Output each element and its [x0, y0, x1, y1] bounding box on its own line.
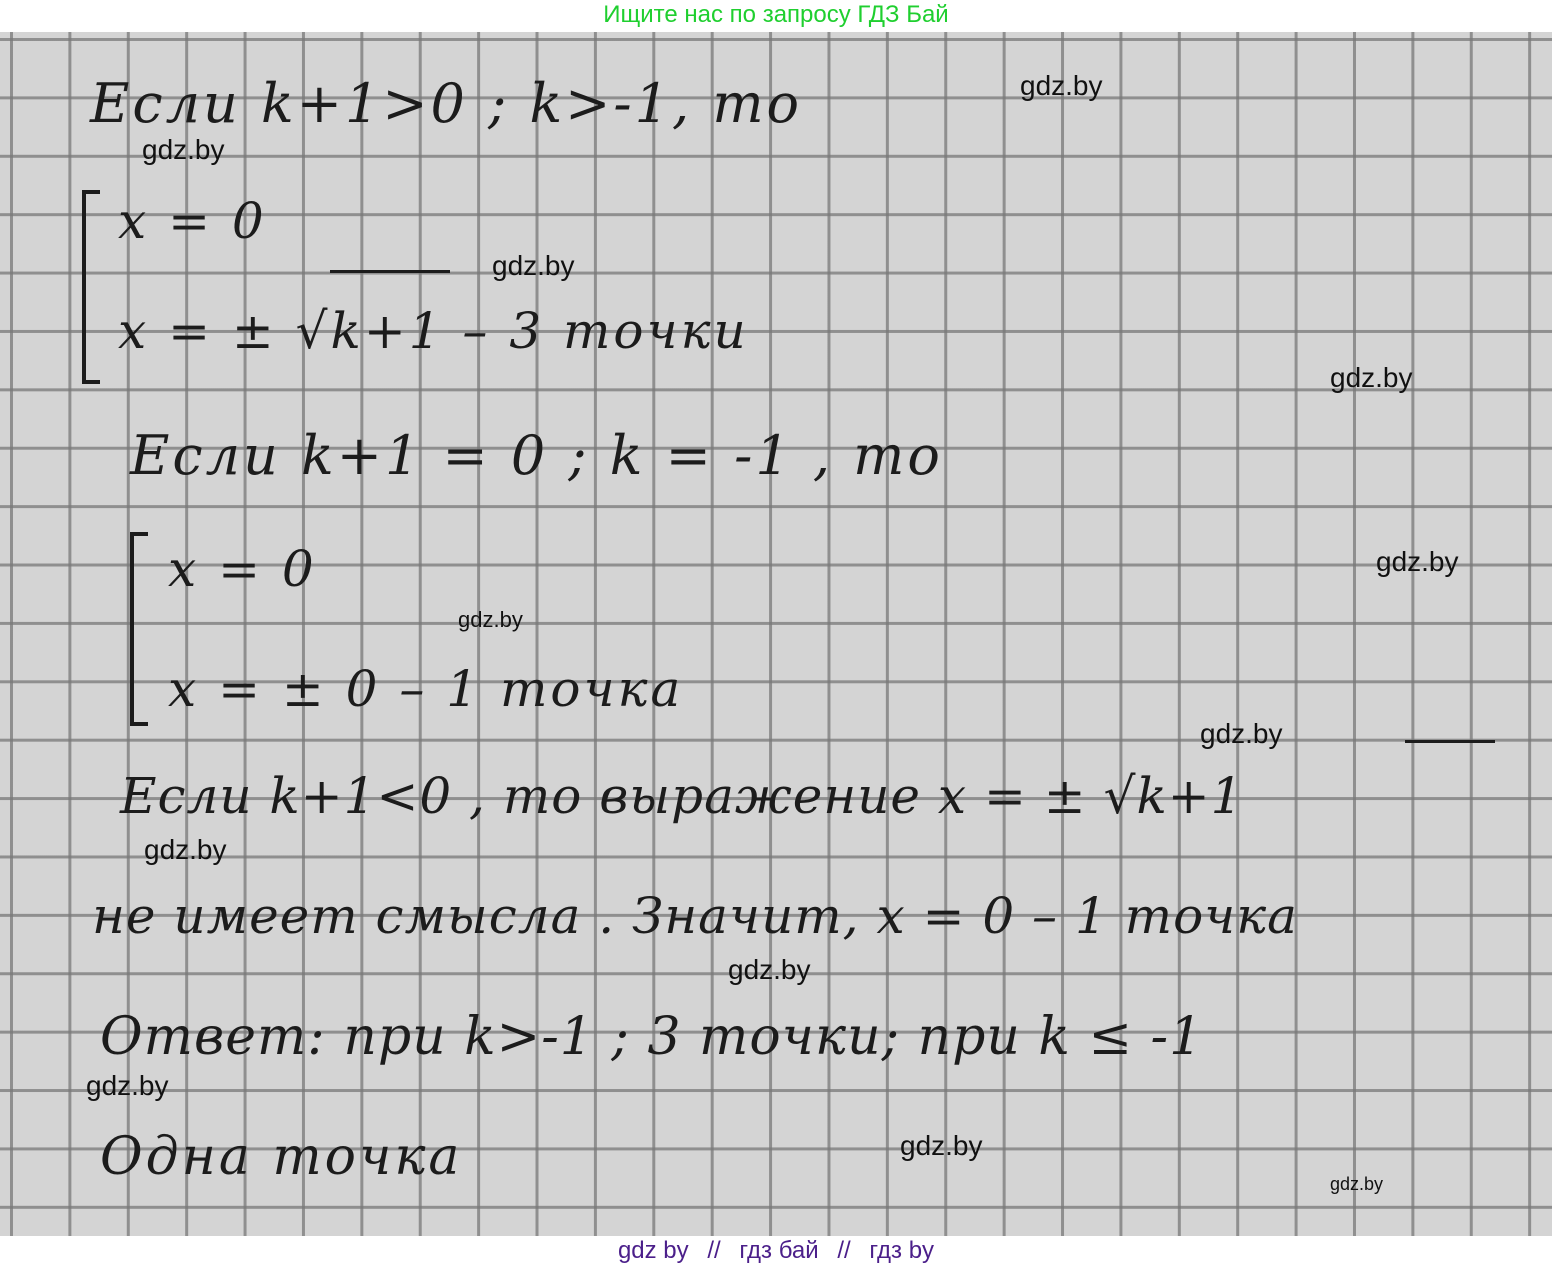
footer-separator: //	[837, 1237, 850, 1264]
case2-eq1: x = 0	[168, 540, 317, 598]
watermark: gdz.by	[1020, 70, 1103, 102]
answer-continuation: Одна точка	[100, 1127, 462, 1187]
case3-conclusion: не имеет смысла . Значит, x = 0 – 1 точк…	[92, 887, 1298, 945]
footer-link-gdz-by-cyr[interactable]: гдз by	[869, 1237, 934, 1264]
sqrt-overline-2	[1405, 740, 1495, 743]
case3-condition: Если k+1<0 , то выражение x = ± √k+1	[120, 767, 1243, 825]
notebook-page: Если k+1>0 ; k>-1, то x = 0 x = ± √k+1 –…	[0, 32, 1552, 1236]
case1-eq2: x = ± √k+1 – 3 точки	[118, 302, 749, 360]
watermark: gdz.by	[458, 607, 523, 633]
watermark: gdz.by	[728, 954, 811, 986]
watermark: gdz.by	[1200, 718, 1283, 750]
watermark: gdz.by	[86, 1070, 169, 1102]
top-banner[interactable]: Ищите нас по запросу ГДЗ Бай	[0, 0, 1552, 32]
footer-link-gdz-bai[interactable]: гдз бай	[739, 1237, 818, 1264]
case2-eq2: x = ± 0 – 1 точка	[168, 660, 683, 718]
watermark: gdz.by	[492, 250, 575, 282]
sqrt-overline	[330, 270, 450, 273]
watermark: gdz.by	[144, 834, 227, 866]
case2-bracket	[130, 532, 148, 726]
footer-separator: //	[707, 1237, 720, 1264]
case1-eq1: x = 0	[118, 192, 267, 250]
case1-condition: Если k+1>0 ; k>-1, то	[90, 72, 802, 135]
bottom-banner: gdz by // гдз бай // гдз by	[0, 1236, 1552, 1269]
watermark: gdz.by	[1330, 1174, 1383, 1195]
watermark: gdz.by	[1330, 362, 1413, 394]
watermark: gdz.by	[1376, 546, 1459, 578]
case2-condition: Если k+1 = 0 ; k = -1 , то	[130, 424, 943, 487]
watermark: gdz.by	[142, 134, 225, 166]
watermark: gdz.by	[900, 1130, 983, 1162]
case1-bracket	[82, 190, 100, 384]
answer-line: Ответ: при k>-1 ; 3 точки; при k ≤ -1	[100, 1007, 1203, 1067]
footer-link-gdz-by[interactable]: gdz by	[618, 1237, 689, 1264]
